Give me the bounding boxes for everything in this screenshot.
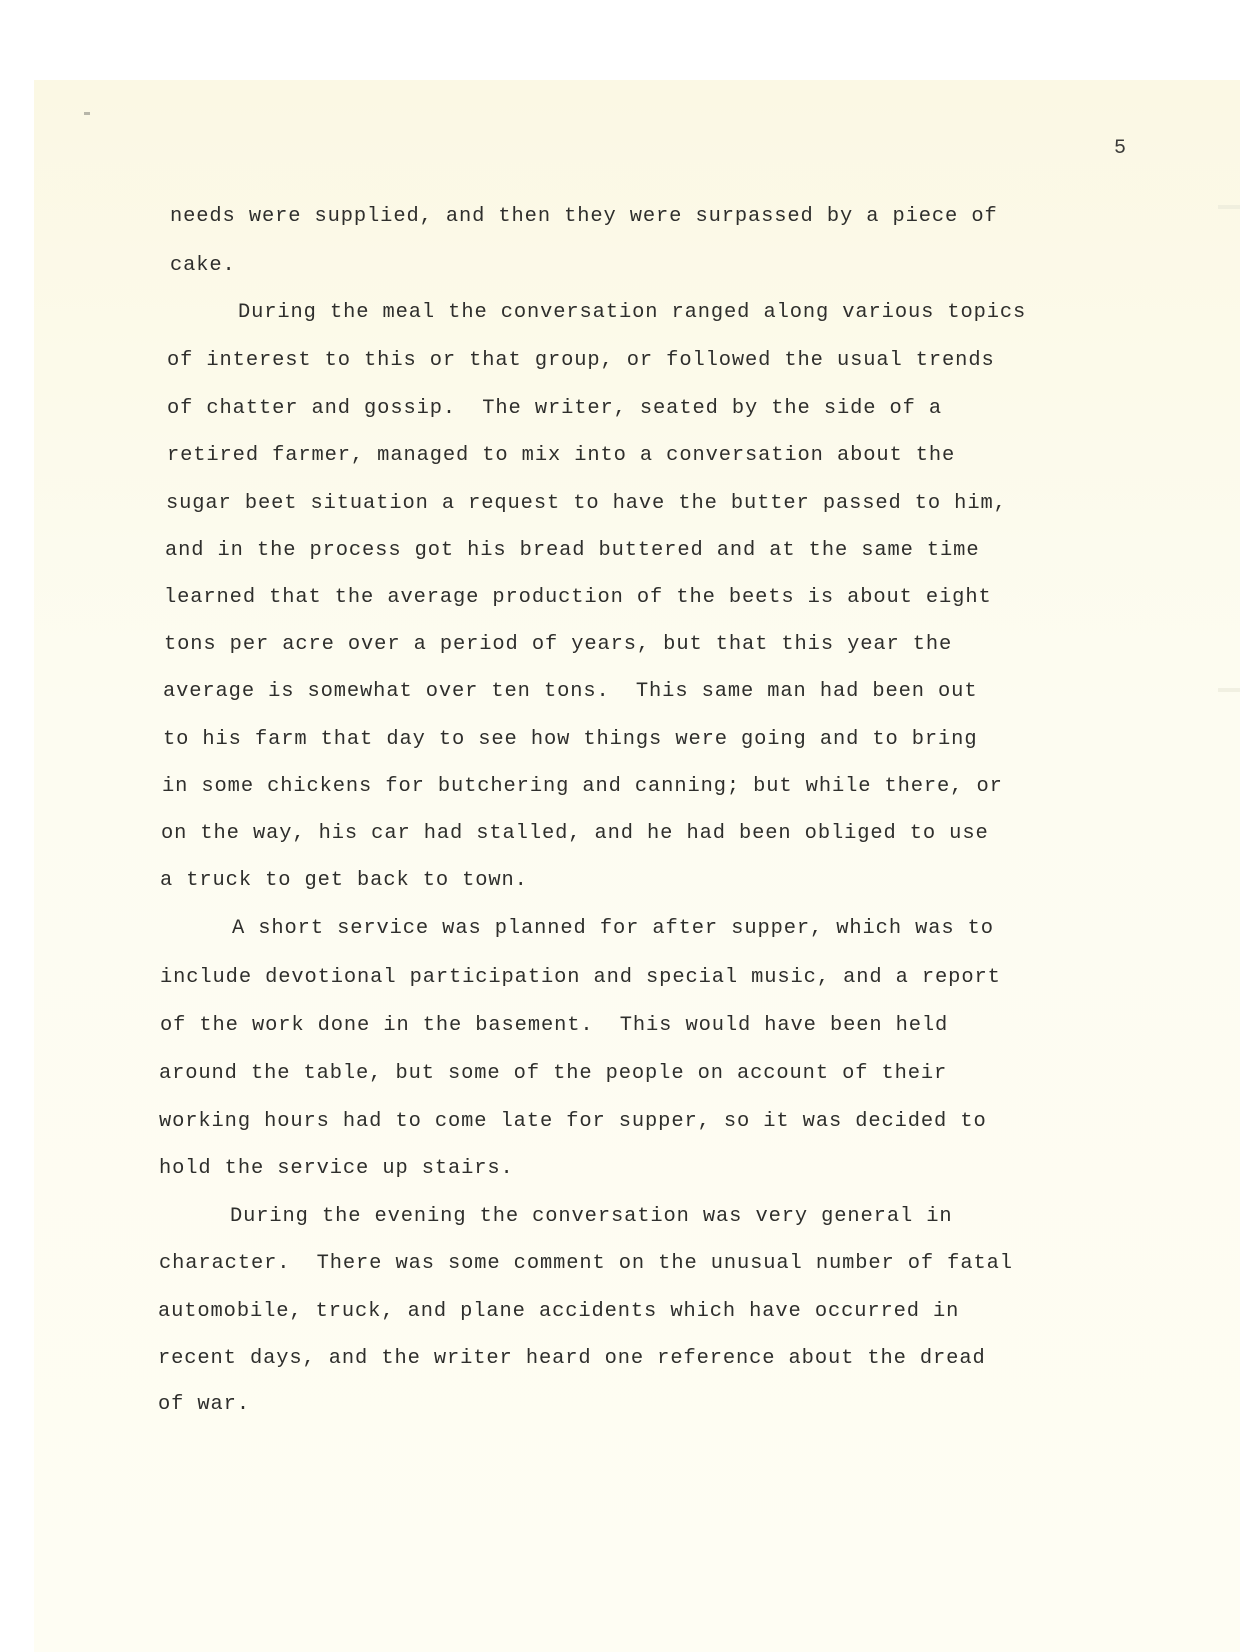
text-line: sugar beet situation a request to have t… — [166, 492, 1007, 515]
text-line: of war. — [158, 1393, 250, 1416]
page-number: 5 — [1114, 137, 1126, 160]
text-line: include devotional participation and spe… — [160, 966, 1001, 989]
text-line: recent days, and the writer heard one re… — [158, 1347, 986, 1370]
text-line: of the work done in the basement. This w… — [160, 1014, 948, 1037]
paragraph-start-line: A short service was planned for after su… — [232, 917, 994, 940]
text-line: retired farmer, managed to mix into a co… — [167, 444, 955, 467]
text-line: cake. — [170, 254, 236, 277]
text-line: learned that the average production of t… — [164, 586, 992, 609]
paragraph-start-line: During the evening the conversation was … — [230, 1205, 953, 1228]
text-line: of chatter and gossip. The writer, seate… — [167, 397, 942, 420]
text-line: tons per acre over a period of years, bu… — [164, 633, 952, 656]
text-line: a truck to get back to town. — [160, 869, 528, 892]
text-line: working hours had to come late for suppe… — [159, 1110, 987, 1133]
paper-mark — [1218, 205, 1240, 209]
text-line: and in the process got his bread buttere… — [165, 539, 979, 562]
text-line: around the table, but some of the people… — [159, 1062, 947, 1085]
text-line: automobile, truck, and plane accidents w… — [158, 1300, 959, 1323]
text-line: needs were supplied, and then they were … — [170, 205, 998, 228]
text-line: of interest to this or that group, or fo… — [167, 349, 995, 372]
text-line: to his farm that day to see how things w… — [163, 728, 977, 751]
text-line: average is somewhat over ten tons. This … — [163, 680, 977, 703]
text-line: character. There was some comment on the… — [159, 1252, 1013, 1275]
paper-mark — [84, 112, 90, 115]
text-line: on the way, his car had stalled, and he … — [161, 822, 989, 845]
text-line: in some chickens for butchering and cann… — [162, 775, 1003, 798]
text-line: hold the service up stairs. — [159, 1157, 514, 1180]
paragraph-start-line: During the meal the conversation ranged … — [238, 301, 1026, 324]
paper-mark — [1218, 688, 1240, 692]
